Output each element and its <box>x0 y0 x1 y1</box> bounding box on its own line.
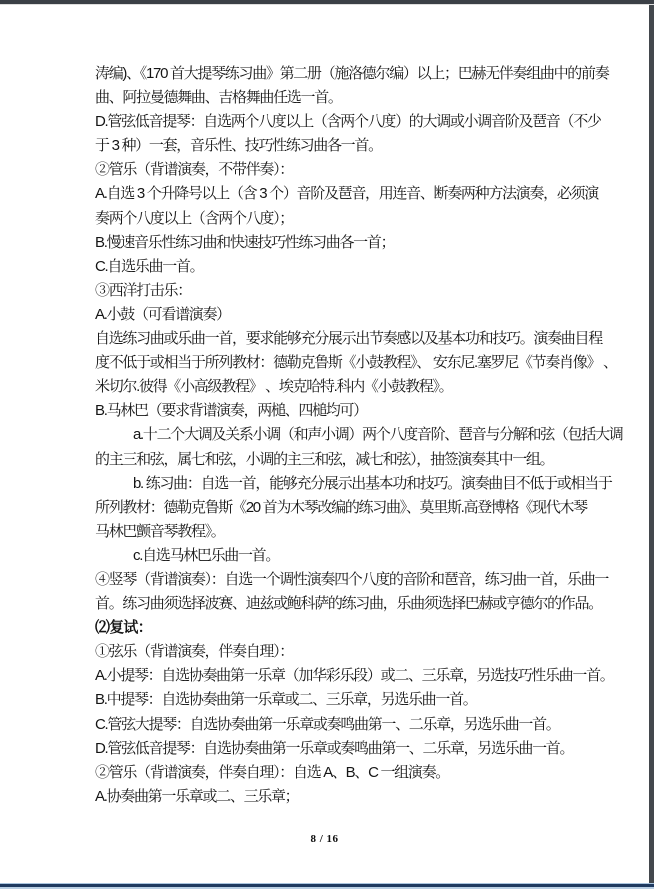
text-line: 所列教材：德勒克鲁斯《20 首为木琴改编的练习曲》、莫里斯.高登博格《现代木琴 <box>95 496 567 520</box>
text-line: C.管弦大提琴：自选协奏曲第一乐章或奏鸣曲第一、二乐章，另选乐曲一首。 <box>95 713 567 737</box>
text-line: c.自选马林巴乐曲一首。 <box>95 544 567 568</box>
text-line: A.小鼓（可看谱演奏） <box>95 303 567 327</box>
text-line: B.慢速音乐性练习曲和快速技巧性练习曲各一首； <box>95 231 567 255</box>
text-line: A.小提琴：自选协奏曲第一乐章（加华彩乐段）或二、三乐章，另选技巧性乐曲一首。 <box>95 664 567 688</box>
text-line: 涛编)、《170 首大提琴练习曲》第二册（施洛德尔编）以上；巴赫无伴奏组曲中的前… <box>95 62 567 86</box>
text-line: D.管弦低音提琴：自选两个八度以上（含两个八度）的大调或小调音阶及琶音（不少 <box>95 110 567 134</box>
window-bottom-bar <box>0 883 654 889</box>
text-line: b. 练习曲：自选一首，能够充分展示出基本功和技巧。演奏曲目不低于或相当于 <box>95 472 567 496</box>
text-line: 自选练习曲或乐曲一首，要求能够充分展示出节奏感以及基本功和技巧。演奏曲目程 <box>95 327 567 351</box>
text-line: ⑵复试： <box>95 616 567 640</box>
text-line: ③西洋打击乐： <box>95 279 567 303</box>
text-line: ②管乐（背谱演奏，伴奏自理）：自选 A、B、C 一组演奏。 <box>95 761 567 785</box>
window-top-edge <box>0 0 654 5</box>
text-line: ④竖琴（背谱演奏）：自选一个调性演奏四个八度的音阶和琶音，练习曲一首，乐曲一 <box>95 568 567 592</box>
text-line: 于 3 种）一套，音乐性、技巧性练习曲各一首。 <box>95 134 567 158</box>
text-line: 的主三和弦，属七和弦，小调的主三和弦，减七和弦），抽签演奏其中一组。 <box>95 448 567 472</box>
document-body: 涛编)、《170 首大提琴练习曲》第二册（施洛德尔编）以上；巴赫无伴奏组曲中的前… <box>95 62 567 809</box>
window-right-edge <box>649 0 654 889</box>
text-line: B.中提琴：自选协奏曲第一乐章或二、三乐章，另选乐曲一首。 <box>95 688 567 712</box>
text-line: 马林巴颤音琴教程》。 <box>95 520 567 544</box>
text-line: A.协奏曲第一乐章或二、三乐章； <box>95 785 567 809</box>
text-line: 奏两个八度以上（含两个八度）； <box>95 207 567 231</box>
text-line: 米切尔.彼得《小高级教程》 、埃克哈特.科内《小鼓教程》。 <box>95 375 567 399</box>
text-line: C.自选乐曲一首。 <box>95 255 567 279</box>
text-line: A.自选 3 个升降号以上（含 3 个）音阶及琶音，用连音、断奏两种方法演奏，必… <box>95 182 567 206</box>
page-number: 8 / 16 <box>0 833 649 845</box>
text-line: a.十二个大调及关系小调（和声小调）两个八度音阶、琶音与分解和弦（包括大调 <box>95 423 567 447</box>
text-line: 首。练习曲须选择波赛、迪兹或鲍科萨的练习曲，乐曲须选择巴赫或亨德尔的作品。 <box>95 592 567 616</box>
text-line: D.管弦低音提琴：自选协奏曲第一乐章或奏鸣曲第一、二乐章，另选乐曲一首。 <box>95 737 567 761</box>
text-line: B.马林巴（要求背谱演奏，两槌、四槌均可） <box>95 399 567 423</box>
document-viewport: 涛编)、《170 首大提琴练习曲》第二册（施洛德尔编）以上；巴赫无伴奏组曲中的前… <box>0 0 654 889</box>
text-line: ②管乐（背谱演奏，不带伴奏）： <box>95 158 567 182</box>
document-page: 涛编)、《170 首大提琴练习曲》第二册（施洛德尔编）以上；巴赫无伴奏组曲中的前… <box>0 6 649 883</box>
text-line: 度不低于或相当于所列教材：德勒克鲁斯《小鼓教程》、 安东尼.塞罗尼《节奏肖像》 … <box>95 351 567 375</box>
text-line: ①弦乐（背谱演奏，伴奏自理）： <box>95 640 567 664</box>
text-line: 曲、阿拉曼德舞曲、吉格舞曲任选一首。 <box>95 86 567 110</box>
